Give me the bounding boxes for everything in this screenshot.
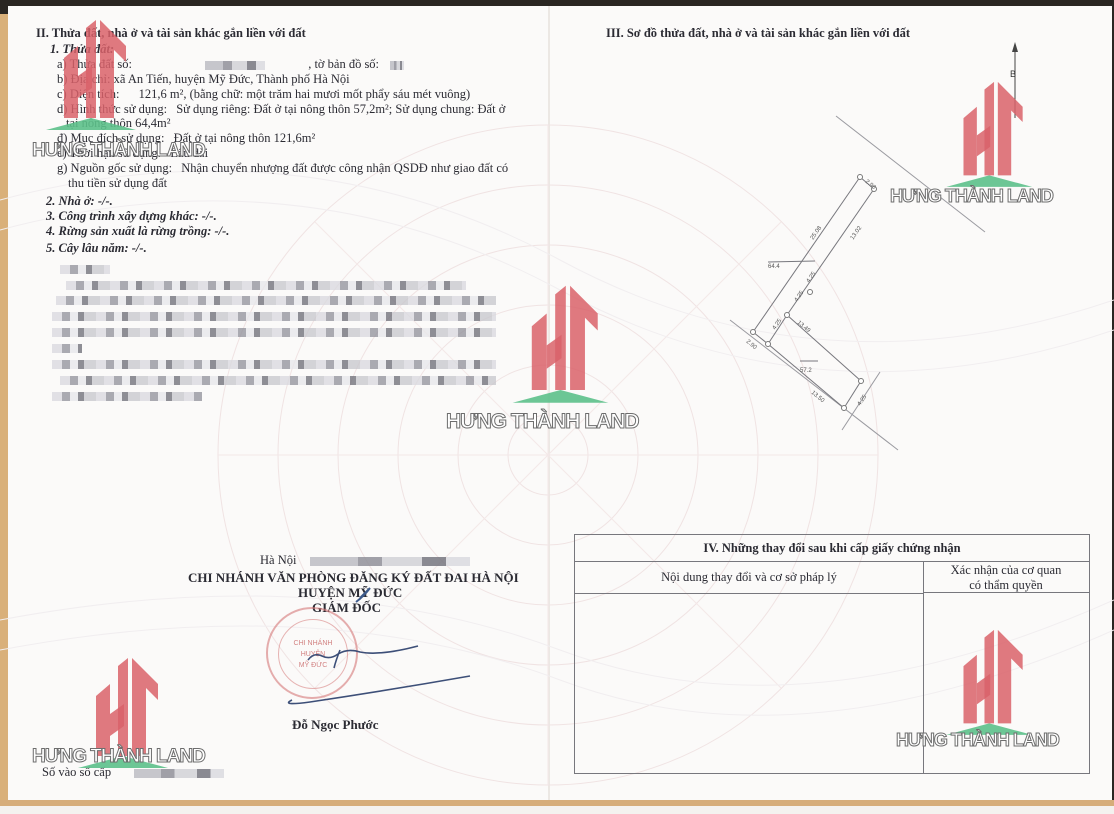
- brand-watermark-text: HƯNG THÀNH LAND: [32, 746, 205, 768]
- changes-col-content: Nội dung thay đổi và cơ sở pháp lý: [575, 561, 924, 594]
- col2-line1: Xác nhận của cơ quan: [923, 563, 1089, 578]
- dim-seg2: 4.25: [794, 290, 806, 304]
- dim-right-upper: 13.02: [850, 225, 864, 241]
- changes-table-title: IV. Những thay đổi sau khi cấp giấy chứn…: [575, 535, 1089, 562]
- changes-body-content: [575, 593, 923, 774]
- dim-bottom-width: 2.90: [745, 339, 758, 352]
- dim-inner-edge: 13.49: [796, 320, 812, 335]
- col2-line2: có thẩm quyền: [923, 578, 1089, 593]
- dim-end-width: 4.25: [857, 394, 869, 408]
- dim-common-area: 64.4: [768, 264, 780, 270]
- brand-watermark-text: HƯNG THÀNH LAND: [896, 730, 1059, 751]
- brand-watermark-text: HƯNG THÀNH LAND: [32, 140, 205, 162]
- brand-watermark-text: HƯNG THÀNH LAND: [890, 186, 1053, 207]
- brand-watermark-text: HƯNG THÀNH LAND: [446, 410, 639, 434]
- changes-col-confirmation: Xác nhận của cơ quan có thẩm quyền: [923, 561, 1089, 593]
- dim-private-area: 57.2: [800, 368, 812, 374]
- dim-seg3: 4.25: [772, 318, 784, 332]
- north-label: B: [1010, 69, 1016, 79]
